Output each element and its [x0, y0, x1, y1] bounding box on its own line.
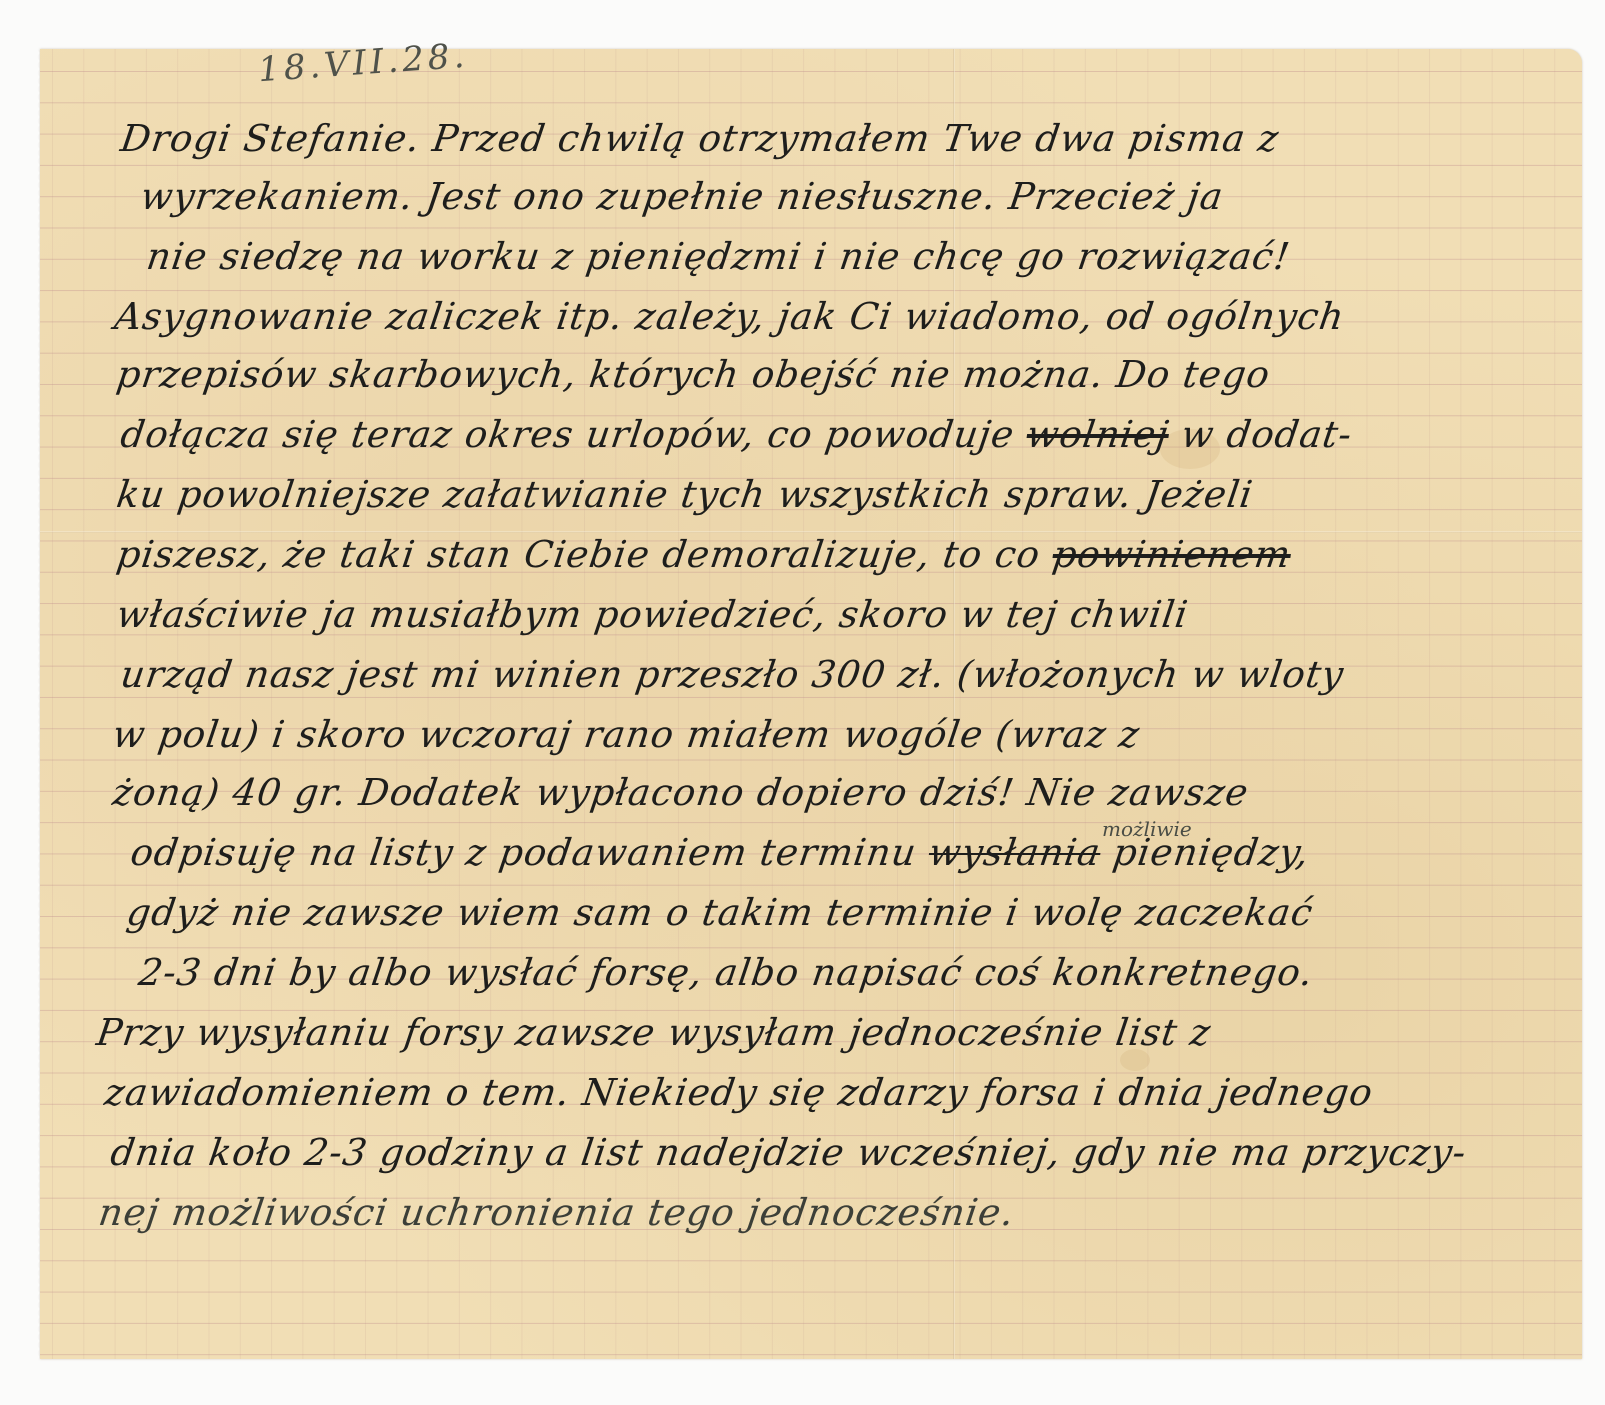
- letter-line-12: żoną) 40 gr. Dodatek wypłacono dopiero d…: [110, 771, 1252, 814]
- letter-line-5: przepisów skarbowych, których obejść nie…: [114, 353, 1273, 396]
- letter-line-19: nej możliwości uchronienia tego jednocze…: [96, 1191, 1017, 1234]
- letter-line-10: urząd nasz jest mi winien przeszło 300 z…: [118, 653, 1347, 696]
- letter-line-4: Asygnowanie zaliczek itp. zależy, jak Ci…: [112, 295, 1347, 338]
- struck-word: wolniej: [1024, 413, 1172, 456]
- letter-line-16: Przy wysyłaniu forsy zawsze wysyłam jedn…: [94, 1011, 1214, 1054]
- letter-paper: 18.VII.28. Drogi Stefanie. Przed chwilą …: [40, 49, 1582, 1359]
- letter-line-14: gdyż nie zawsze wiem sam o takim termini…: [124, 891, 1316, 934]
- line-13-text: odpisuję na listy z podawaniem terminu: [128, 831, 919, 874]
- letter-date: 18.VII.28.: [257, 36, 470, 91]
- letter-line-7: ku powolniejsze załatwianie tych wszystk…: [114, 473, 1256, 516]
- line-8-text: piszesz, że taki stan Ciebie demoralizuj…: [114, 533, 1043, 576]
- letter-line-15: 2-3 dni by albo wysłać forsę, albo napis…: [136, 951, 1316, 994]
- letter-line-9: właściwie ja musiałbym powiedzieć, skoro…: [114, 593, 1191, 636]
- perforated-edge: [37, 49, 43, 1359]
- struck-word: powinienem: [1050, 533, 1294, 576]
- letter-line-11: w polu) i skoro wczoraj rano miałem wogó…: [110, 713, 1143, 756]
- letter-line-13: odpisuję na listy z podawaniem terminu w…: [128, 831, 1312, 874]
- line-6-tail: w dodat-: [1179, 413, 1356, 456]
- line-13-tail: pieniędzy,: [1110, 831, 1312, 874]
- letter-line-2: wyrzekaniem. Jest ono zupełnie niesłuszn…: [138, 175, 1226, 218]
- line-6-text: dołącza się teraz okres urlopów, co powo…: [118, 413, 1017, 456]
- struck-word: wysłania: [926, 831, 1103, 874]
- letter-line-8: piszesz, że taki stan Ciebie demoralizuj…: [114, 533, 1294, 576]
- letter-line-17: zawiadomieniem o tem. Niekiedy się zdarz…: [102, 1071, 1376, 1114]
- letter-line-6: dołącza się teraz okres urlopów, co powo…: [118, 413, 1355, 456]
- letter-line-1: Drogi Stefanie. Przed chwilą otrzymałem …: [118, 117, 1282, 160]
- letter-line-18: dnia koło 2-3 godziny a list nadejdzie w…: [108, 1131, 1469, 1174]
- letter-line-3: nie siedzę na worku z pieniędzmi i nie c…: [144, 235, 1293, 278]
